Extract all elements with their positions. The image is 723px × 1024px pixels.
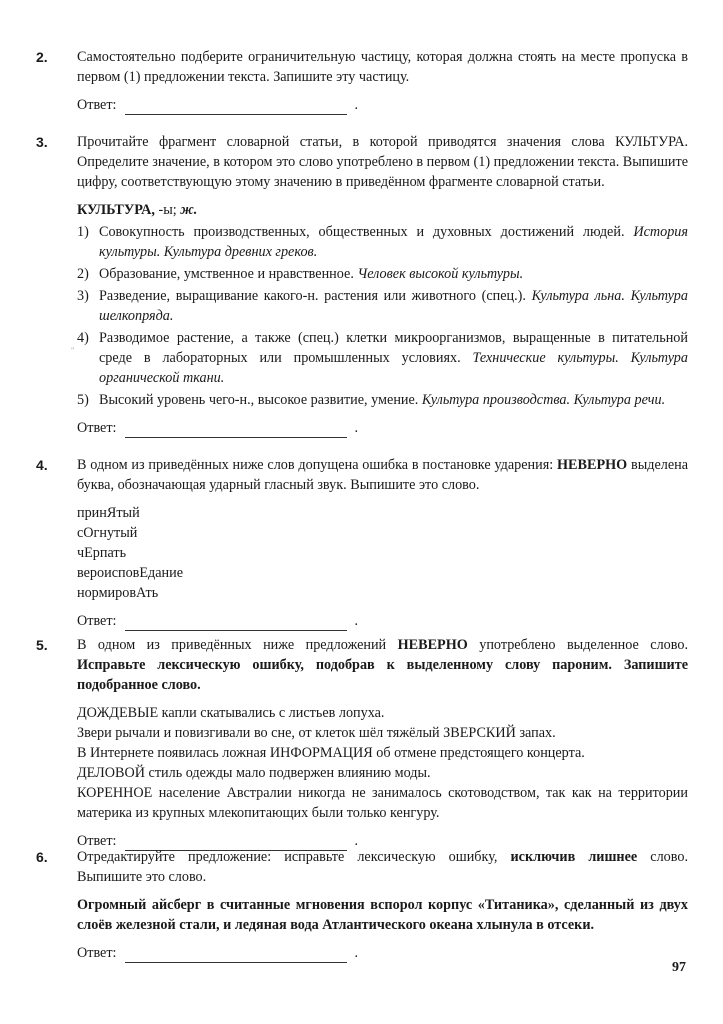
scan-mark: " [71, 341, 74, 361]
entry-word: КУЛЬТУРА, [77, 202, 155, 218]
task-instruction: Прочитайте фрагмент словарной статьи, в … [77, 132, 688, 192]
sentence-item: В Интернете появилась ложная ИНФОРМАЦИЯ … [77, 743, 688, 763]
word-list: принЯтый сОгнутый чЕрпать вероисповЕдани… [77, 503, 688, 603]
meaning-item: 4) Разводимое растение, а также (спец.) … [77, 328, 688, 388]
entry-grammar: -ы; [155, 202, 180, 218]
sentence-list: ДОЖДЕВЫЕ капли скатывались с листьев лоп… [77, 703, 688, 823]
task-3: 3. Прочитайте фрагмент словарной статьи,… [36, 132, 688, 438]
task-instruction: В одном из приведённых ниже слов допущен… [77, 455, 688, 495]
instruction-text: В одном из приведённых ниже слов допущен… [77, 457, 557, 473]
task-instruction: Самостоятельно подберите ограничительную… [77, 47, 688, 87]
task-number: 6. [36, 847, 48, 867]
task-number: 3. [36, 132, 48, 152]
meaning-text: Совокупность производственных, обществен… [99, 224, 633, 240]
answer-label: Ответ: [77, 943, 117, 963]
answer-row: Ответ: . [77, 611, 688, 631]
meaning-number: 2) [77, 264, 89, 284]
answer-row: Ответ: . [77, 943, 688, 963]
instruction-emphasis: НЕВЕРНО [398, 637, 468, 653]
meaning-number: 5) [77, 390, 89, 410]
dictionary-entry-head: КУЛЬТУРА, -ы; ж. [77, 200, 688, 220]
meaning-number: 1) [77, 222, 89, 242]
answer-field[interactable] [125, 423, 347, 438]
instruction-emphasis: Исправьте лексическую ошибку, подобрав к… [77, 657, 688, 693]
answer-row: Ответ: . [77, 418, 688, 438]
meaning-item: 5) Высокий уровень чего-н., высокое разв… [77, 390, 688, 410]
answer-row: Ответ: . [77, 95, 688, 115]
task-6: 6. Отредактируйте предложение: исправьте… [36, 847, 688, 963]
sentence-item: ДЕЛОВОЙ стиль одежды мало подвержен влия… [77, 763, 688, 783]
entry-gender: ж. [180, 202, 197, 218]
meaning-item: 2) Образование, умственное и нравственно… [77, 264, 688, 284]
meaning-text: Разведение, выращивание какого-н. растен… [99, 288, 532, 304]
meaning-number: 4) [77, 328, 89, 348]
sentence-item: ДОЖДЕВЫЕ капли скатывались с листьев лоп… [77, 703, 688, 723]
answer-dot: . [355, 943, 359, 963]
task-5: 5. В одном из приведённых ниже предложен… [36, 635, 688, 851]
task-4: 4. В одном из приведённых ниже слов допу… [36, 455, 688, 631]
page-number: 97 [672, 958, 686, 978]
instruction-emphasis: исключив лишнее [511, 849, 638, 865]
task-2: 2. Самостоятельно подберите ограничитель… [36, 47, 688, 115]
meaning-number: 3) [77, 286, 89, 306]
word-item: чЕрпать [77, 543, 688, 563]
meaning-example: Человек высокой культуры. [357, 266, 523, 282]
word-item: вероисповЕдание [77, 563, 688, 583]
answer-field[interactable] [125, 616, 347, 631]
instruction-text: В одном из приведённых ниже предложений [77, 637, 398, 653]
answer-dot: . [355, 611, 359, 631]
answer-field[interactable] [125, 100, 347, 115]
answer-dot: . [355, 95, 359, 115]
instruction-emphasis: НЕВЕРНО [557, 457, 627, 473]
task-number: 2. [36, 47, 48, 67]
sentence-to-edit: Огромный айсберг в считанные мгновения в… [77, 895, 688, 935]
meanings-list: 1) Совокупность производственных, общест… [77, 222, 688, 410]
task-instruction: В одном из приведённых ниже предложений … [77, 635, 688, 695]
meaning-item: 1) Совокупность производственных, общест… [77, 222, 688, 262]
sentence-item: КОРЕННОЕ население Австралии никогда не … [77, 783, 688, 823]
meaning-example: Культура производства. Культура речи. [422, 392, 665, 408]
meaning-text: Образование, умственное и нравственное. [99, 266, 357, 282]
task-number: 5. [36, 635, 48, 655]
word-item: нормировАть [77, 583, 688, 603]
task-instruction: Отредактируйте предложение: исправьте ле… [77, 847, 688, 887]
answer-field[interactable] [125, 948, 347, 963]
task-number: 4. [36, 455, 48, 475]
word-item: принЯтый [77, 503, 688, 523]
instruction-text: Отредактируйте предложение: исправьте ле… [77, 849, 511, 865]
meaning-item: 3) Разведение, выращивание какого-н. рас… [77, 286, 688, 326]
answer-label: Ответ: [77, 611, 117, 631]
answer-label: Ответ: [77, 418, 117, 438]
meaning-text: Высокий уровень чего-н., высокое развити… [99, 392, 422, 408]
instruction-text: употреблено выделенное слово. [468, 637, 688, 653]
answer-label: Ответ: [77, 95, 117, 115]
word-item: сОгнутый [77, 523, 688, 543]
sentence-item: Звери рычали и повизгивали во сне, от кл… [77, 723, 688, 743]
answer-dot: . [355, 418, 359, 438]
